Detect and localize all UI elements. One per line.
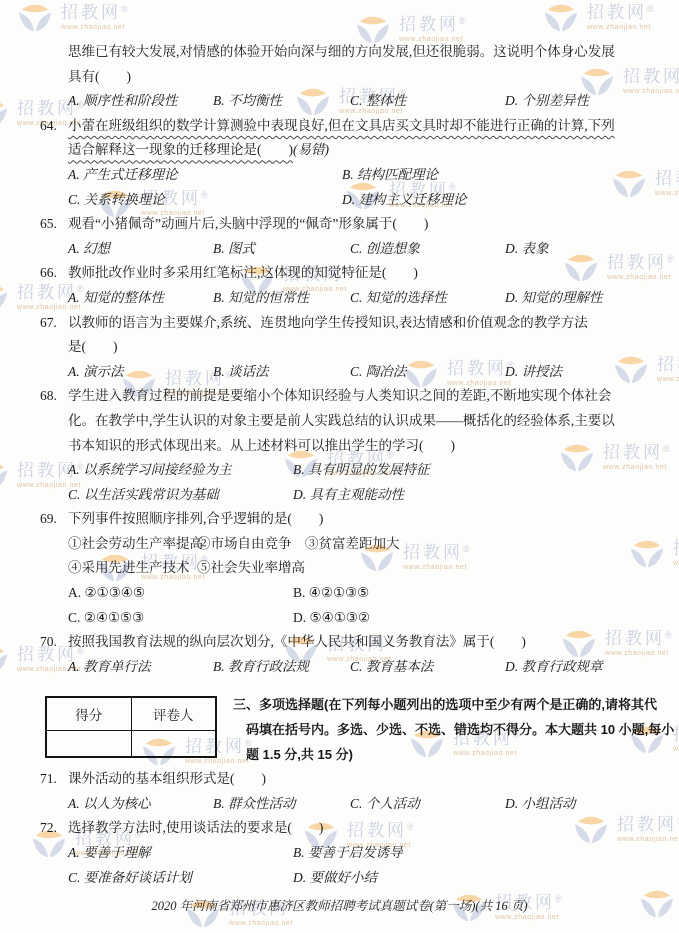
score-table-header-row: 得分 评卷人: [46, 697, 216, 730]
item-4: ④采用先进生产技术: [68, 556, 197, 581]
question-69: 69. 下列事件按照顺序排列,合乎逻辑的是( ) ①社会劳动生产率提高 ②市场自…: [40, 507, 679, 630]
options-grid: A. 产生式迁移理论 B. 结构匹配理论 C. 关系转换理论 D. 建构主义迁移…: [68, 163, 679, 212]
question-71: 71. 课外活动的基本组织形式是( ) A. 以人为核心 B. 群众性活动 C.…: [40, 767, 679, 816]
question-number: 67.: [40, 311, 57, 336]
section-heading: 三、多项选择题(在下列每小题列出的选项中至少有两个是正确的,请将其代 码填在括号…: [233, 693, 674, 767]
grader-label: 评卷人: [131, 697, 216, 730]
option-a: A. 幻想: [68, 237, 213, 262]
option-d: D. 小组活动: [505, 792, 679, 817]
section-heading-line: 码填在括号内。多选、少选、不选、错选均不得分。本大题共 10 小题,每小: [233, 718, 674, 743]
options-row: A. 以人为核心 B. 群众性活动 C. 个人活动 D. 小组活动: [68, 792, 679, 817]
page-footer: 2020 年河南省郑州市惠济区教师招聘考试真题试卷(第一场)(共 16 页): [0, 896, 679, 914]
question-number: 69.: [40, 507, 57, 532]
score-cell: [46, 730, 131, 757]
option-c: C. 要准备好谈话计划: [68, 866, 293, 891]
question-stem-line: 下列事件按照顺序排列,合乎逻辑的是( ): [68, 507, 679, 532]
question-63-continuation: 思维已有较大发展,对情感的体验开始向深与细的方向发展,但还很脆弱。这说明个体身心…: [40, 40, 679, 114]
watermark-url: www.zhaojiao.net: [229, 920, 296, 927]
question-number: 71.: [40, 767, 57, 792]
option-b: B. ④②①③⑤: [293, 581, 679, 606]
question-stem-line: 学生进入教育过程的前提是要缩小个体知识经验与人类知识之间的差距,不断地实现个体社…: [68, 384, 679, 409]
item-1: ①社会劳动生产率提高: [68, 532, 197, 557]
error-prone-tag: (易错): [293, 142, 329, 157]
option-a: A. ②①③④⑤: [68, 581, 293, 606]
option-c: C. 关系转换理论: [68, 188, 342, 213]
question-70: 70. 按照我国教育法规的纵向层次划分,《中华人民共和国义务教育法》属于( ) …: [40, 630, 679, 679]
item-2: ②市场自由竞争: [197, 532, 305, 557]
option-b: B. 结构匹配理论: [342, 163, 679, 188]
option-b: B. 教育行政法规: [213, 655, 350, 680]
option-b: B. 图式: [213, 237, 350, 262]
section-heading-line: 题 1.5 分,共 15 分): [233, 743, 674, 768]
question-stem-line: 具有( ): [68, 65, 679, 90]
options-grid: A. 以系统学习间接经验为主 B. 具有明显的发展特征 C. 以生活实践常识为基…: [68, 458, 679, 507]
options-row: A. 幻想 B. 图式 C. 创造想象 D. 表象: [68, 237, 679, 262]
watermark-url: www.zhaojiao.net: [495, 914, 562, 921]
question-68: 68. 学生进入教育过程的前提是要缩小个体知识经验与人类知识之间的差距,不断地实…: [40, 384, 679, 507]
question-number: 66.: [40, 261, 57, 286]
question-64: 64. 小蕾在班级组织的数学计算测验中表现良好,但在文具店买文具时却不能进行正确…: [40, 114, 679, 212]
option-c: C. 知觉的选择性: [350, 286, 505, 311]
grader-cell: [131, 730, 216, 757]
item-3: ③贫富差距加大: [305, 532, 679, 557]
section-3-header: 得分 评卷人 三、多项选择题(在下列每小题列出的选项中至少有两个是正确的,请将其…: [40, 693, 679, 767]
option-c: C. 整体性: [350, 89, 505, 114]
question-stem-line: 是( ): [68, 335, 679, 360]
question-stem-line: 小蕾在班级组织的数学计算测验中表现良好,但在文具店买文具时却不能进行正确的计算,…: [68, 114, 679, 139]
option-d: D. 表象: [505, 237, 679, 262]
options-row: A. 教育单行法 B. 教育行政法规 C. 教育基本法 D. 教育行政规章: [68, 655, 679, 680]
option-b: B. 要善于启发诱导: [293, 841, 679, 866]
option-c: C. 教育基本法: [350, 655, 505, 680]
option-a: A. 教育单行法: [68, 655, 213, 680]
question-stem-line: 书本知识的形式体现出来。从上述材料可以推出学生的学习( ): [68, 434, 679, 459]
question-stem-line: 以教师的语言为主要媒介,系统、连贯地向学生传授知识,表达情感和价值观念的教学方法: [68, 311, 679, 336]
option-d: D. ⑤④①③②: [293, 606, 679, 631]
question-number: 64.: [40, 114, 57, 139]
section-heading-line: 三、多项选择题(在下列每小题列出的选项中至少有两个是正确的,请将其代: [233, 693, 674, 718]
question-72: 72. 选择教学方法时,使用谈话法的要求是( ) A. 要善于理解 B. 要善于…: [40, 816, 679, 890]
score-table-empty-row: [46, 730, 216, 757]
question-number: 72.: [40, 816, 57, 841]
question-stem-line: 适合解释这一现象的迁移理论是( )(易错): [68, 138, 679, 163]
option-c: C. 以生活实践常识为基础: [68, 483, 293, 508]
option-d: D. 知觉的理解性: [505, 286, 679, 311]
exam-page: 思维已有较大发展,对情感的体验开始向深与细的方向发展,但还很脆弱。这说明个体身心…: [0, 0, 679, 890]
item-5: ⑤社会失业率增高: [197, 556, 305, 581]
question-stem-line: 课外活动的基本组织形式是( ): [68, 767, 679, 792]
question-number: 70.: [40, 630, 57, 655]
option-a: A. 以系统学习间接经验为主: [68, 458, 293, 483]
options-row: A. 顺序性和阶段性 B. 不均衡性 C. 整体性 D. 个别差异性: [68, 89, 679, 114]
option-a: A. 顺序性和阶段性: [68, 89, 213, 114]
options-grid: A. 要善于理解 B. 要善于启发诱导 C. 要准备好谈话计划 D. 要做好小结: [68, 841, 679, 890]
option-d: D. 具有主观能动性: [293, 483, 679, 508]
question-stem-line: 思维已有较大发展,对情感的体验开始向深与细的方向发展,但还很脆弱。这说明个体身心…: [68, 40, 679, 65]
option-c: C. 个人活动: [350, 792, 505, 817]
option-a: A. 要善于理解: [68, 841, 293, 866]
question-65: 65. 观看“小猪佩奇”动画片后,头脑中浮现的“佩奇”形象属于( ) A. 幻想…: [40, 212, 679, 261]
option-b: B. 群众性活动: [213, 792, 350, 817]
option-c: C. 创造想象: [350, 237, 505, 262]
options-grid: A. ②①③④⑤ B. ④②①③⑤ C. ②④①⑤③ D. ⑤④①③②: [68, 581, 679, 630]
sequence-items: ①社会劳动生产率提高 ②市场自由竞争 ③贫富差距加大 ④采用先进生产技术 ⑤社会…: [68, 532, 679, 581]
question-stem-line: 化。在教学中,学生认识的对象主要是前人实践总结的认识成果——概括化的经验体系,主…: [68, 409, 679, 434]
question-66: 66. 教师批改作业时多采用红笔标注,这体现的知觉特征是( ) A. 知觉的整体…: [40, 261, 679, 310]
question-stem-line: 观看“小猪佩奇”动画片后,头脑中浮现的“佩奇”形象属于( ): [68, 212, 679, 237]
option-c: C. 陶冶法: [350, 360, 505, 385]
option-d: D. 个别差异性: [505, 89, 679, 114]
option-a: A. 演示法: [68, 360, 213, 385]
option-d: D. 建构主义迁移理论: [342, 188, 679, 213]
option-a: A. 以人为核心: [68, 792, 213, 817]
question-number: 68.: [40, 384, 57, 409]
question-stem-line: 按照我国教育法规的纵向层次划分,《中华人民共和国义务教育法》属于( ): [68, 630, 679, 655]
score-label: 得分: [46, 697, 131, 730]
question-stem-line: 选择教学方法时,使用谈话法的要求是( ): [68, 816, 679, 841]
option-a: A. 知觉的整体性: [68, 286, 213, 311]
score-table: 得分 评卷人: [45, 696, 217, 758]
question-stem-line: 教师批改作业时多采用红笔标注,这体现的知觉特征是( ): [68, 261, 679, 286]
question-67: 67. 以教师的语言为主要媒介,系统、连贯地向学生传授知识,表达情感和价值观念的…: [40, 311, 679, 385]
option-b: B. 知觉的恒常性: [213, 286, 350, 311]
option-d: D. 要做好小结: [293, 866, 679, 891]
option-b: B. 不均衡性: [213, 89, 350, 114]
question-number: 65.: [40, 212, 57, 237]
option-b: B. 具有明显的发展特征: [293, 458, 679, 483]
options-row: A. 知觉的整体性 B. 知觉的恒常性 C. 知觉的选择性 D. 知觉的理解性: [68, 286, 679, 311]
options-row: A. 演示法 B. 谈话法 C. 陶冶法 D. 讲授法: [68, 360, 679, 385]
option-c: C. ②④①⑤③: [68, 606, 293, 631]
option-a: A. 产生式迁移理论: [68, 163, 342, 188]
option-d: D. 教育行政规章: [505, 655, 679, 680]
option-d: D. 讲授法: [505, 360, 679, 385]
option-b: B. 谈话法: [213, 360, 350, 385]
